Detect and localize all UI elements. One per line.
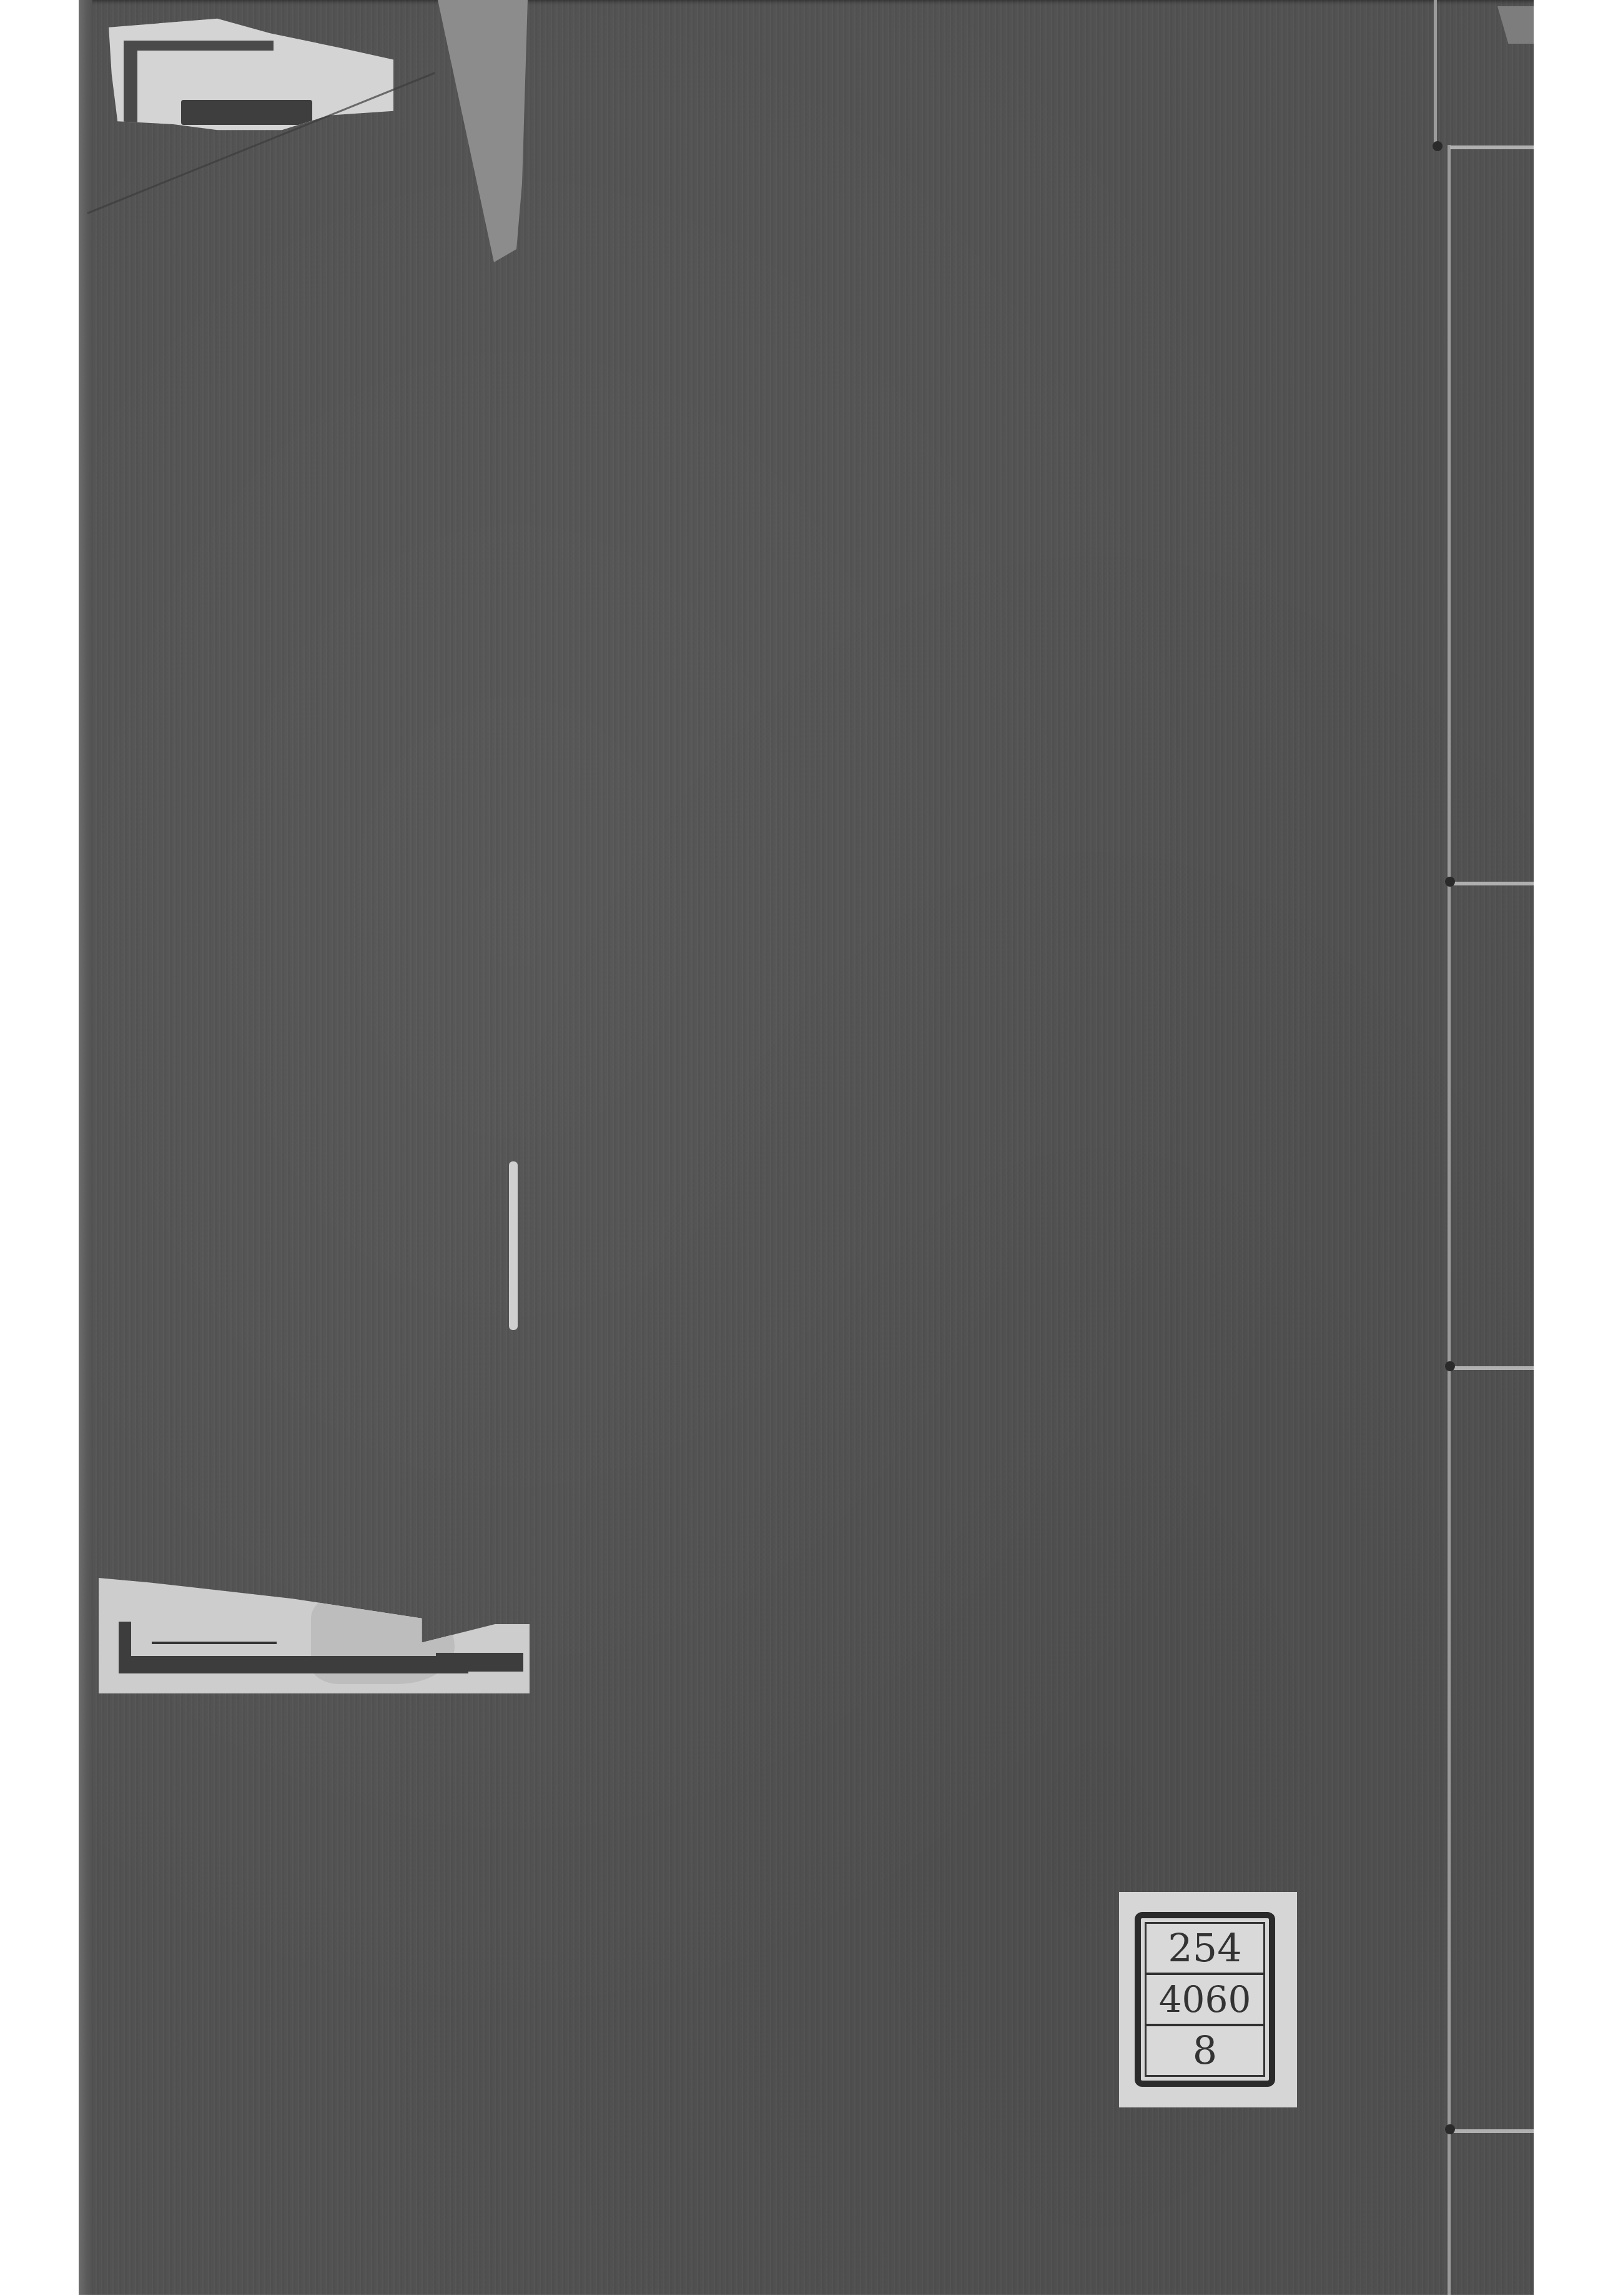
binding-knot bbox=[1445, 877, 1455, 887]
binding-stitch bbox=[1450, 2129, 1534, 2133]
binding-thread bbox=[1434, 0, 1437, 145]
label-ink-fragment bbox=[181, 100, 312, 125]
book-cover bbox=[79, 0, 1534, 2295]
call-number-volume: 8 bbox=[1147, 2026, 1263, 2075]
label-border-fragment bbox=[436, 1653, 523, 1672]
label-border-fragment bbox=[119, 1656, 468, 1673]
binding-stitch bbox=[1450, 1366, 1534, 1370]
cover-left-edge bbox=[79, 0, 92, 2295]
binding-knot bbox=[1445, 1361, 1455, 1371]
binding-thread bbox=[1448, 145, 1451, 2295]
call-number-frame: 254 4060 8 bbox=[1135, 1912, 1275, 2087]
binding-knot bbox=[1445, 2124, 1455, 2134]
torn-paper-sliver bbox=[509, 1161, 518, 1330]
call-number-class: 254 bbox=[1147, 1924, 1263, 1975]
binding-stitch bbox=[1450, 145, 1534, 149]
call-number-grid: 254 4060 8 bbox=[1145, 1922, 1265, 2077]
label-rule-line bbox=[152, 1642, 277, 1644]
call-number-item: 4060 bbox=[1147, 1975, 1263, 2026]
binding-knot bbox=[1433, 141, 1443, 151]
label-border-fragment bbox=[124, 41, 274, 51]
binding-stitch bbox=[1450, 882, 1534, 885]
call-number-label: 254 4060 8 bbox=[1119, 1892, 1297, 2107]
